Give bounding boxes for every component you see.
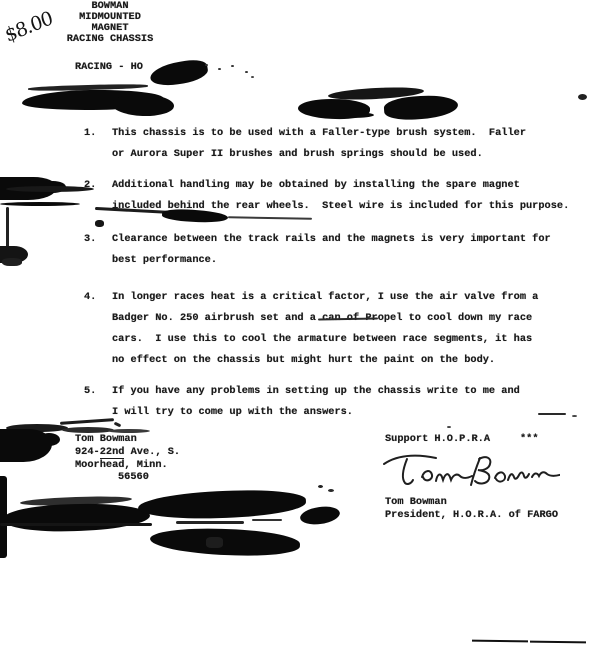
photocopy-smudge bbox=[228, 216, 312, 219]
photocopy-smudge bbox=[112, 93, 175, 117]
item-5-line-2: I will try to come up with the answers. bbox=[112, 407, 353, 418]
address-zip: 56560 bbox=[118, 472, 149, 483]
item-4-line-1: In longer races heat is a critical facto… bbox=[112, 292, 538, 303]
subtitle: RACING - HO bbox=[75, 62, 143, 73]
address-name: Tom Bowman bbox=[75, 434, 137, 445]
photocopy-speck bbox=[114, 422, 122, 428]
item-number: 1. bbox=[84, 128, 96, 139]
photocopy-smudge bbox=[299, 504, 341, 526]
photocopy-smudge bbox=[176, 521, 244, 524]
photocopy-speck bbox=[572, 415, 577, 417]
typed-signature-name: Tom Bowman bbox=[385, 497, 447, 508]
photocopy-smudge bbox=[4, 501, 151, 533]
photocopy-speck bbox=[578, 94, 587, 100]
item-3-line-2: best performance. bbox=[112, 255, 217, 266]
photocopy-smudge bbox=[206, 537, 223, 548]
photocopy-speck bbox=[447, 426, 451, 428]
photocopy-speck bbox=[245, 71, 248, 73]
scan-line-artifact bbox=[530, 641, 586, 644]
hand-underline bbox=[60, 418, 114, 425]
street-underlined: 22nd bbox=[100, 446, 125, 459]
photocopy-smudge bbox=[138, 488, 307, 521]
photocopy-smudge bbox=[0, 202, 80, 206]
letterhead: BOWMAN MIDMOUNTED MAGNET RACING CHASSIS bbox=[38, 1, 182, 45]
photocopy-speck bbox=[251, 76, 254, 78]
support-line: Support H.O.P.R.A bbox=[385, 434, 490, 445]
title-line: President, H.O.R.A. of FARGO bbox=[385, 510, 558, 521]
letterhead-line: RACING CHASSIS bbox=[38, 34, 182, 45]
item-number: 3. bbox=[84, 234, 96, 245]
photocopy-smudge bbox=[6, 186, 94, 192]
photocopy-smudge bbox=[150, 526, 301, 557]
street-pre: 924- bbox=[75, 446, 100, 458]
stars-mark: *** bbox=[520, 434, 539, 445]
photocopy-smudge bbox=[149, 58, 210, 89]
photocopy-smudge bbox=[330, 112, 374, 118]
photocopy-speck bbox=[328, 489, 334, 492]
scan-line-artifact bbox=[472, 640, 528, 643]
address-city: Moorhead, Minn. bbox=[75, 460, 168, 471]
photocopy-smudge bbox=[6, 207, 9, 249]
photocopy-smudge bbox=[538, 413, 566, 415]
item-2-line-1: Additional handling may be obtained by i… bbox=[112, 180, 520, 191]
photocopy-speck bbox=[318, 485, 323, 488]
handwritten-signature bbox=[380, 446, 560, 494]
item-4-line-3: cars. I use this to cool the armature be… bbox=[112, 334, 532, 345]
item-4-line-4: no effect on the chassis but might hurt … bbox=[112, 355, 495, 366]
street-post: Ave., S. bbox=[124, 446, 180, 458]
photocopy-smudge bbox=[62, 427, 114, 433]
photocopy-speck bbox=[218, 68, 221, 70]
photocopy-smudge bbox=[2, 258, 22, 266]
item-number: 4. bbox=[84, 292, 96, 303]
scanned-document-page: $8.00 BOWMAN MIDMOUNTED MAGNET RACING CH… bbox=[0, 0, 592, 648]
item-1-line-1: This chassis is to be used with a Faller… bbox=[112, 128, 526, 139]
photocopy-smudge bbox=[108, 429, 150, 433]
item-3-line-1: Clearance between the track rails and th… bbox=[112, 234, 551, 245]
item-number: 5. bbox=[84, 386, 96, 397]
address-street: 924-22nd Ave., S. bbox=[75, 447, 180, 458]
photocopy-smudge bbox=[38, 433, 60, 446]
item-5-line-1: If you have any problems in setting up t… bbox=[112, 386, 520, 397]
item-1-line-2: or Aurora Super II brushes and brush spr… bbox=[112, 149, 483, 160]
photocopy-smudge bbox=[0, 523, 152, 526]
photocopy-speck bbox=[205, 64, 208, 66]
photocopy-speck bbox=[231, 65, 234, 67]
photocopy-speck bbox=[95, 220, 104, 227]
photocopy-smudge bbox=[383, 93, 458, 121]
photocopy-smudge bbox=[252, 519, 282, 521]
